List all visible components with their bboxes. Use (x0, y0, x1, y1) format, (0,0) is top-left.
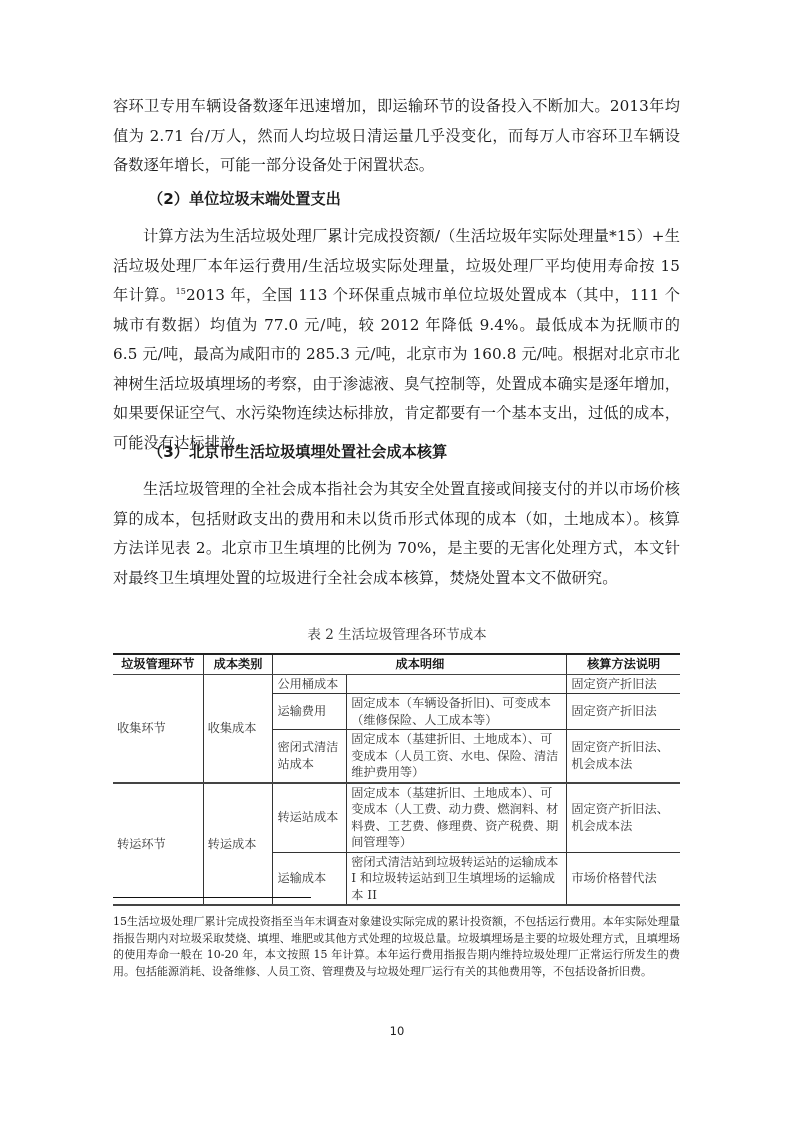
cell-method: 固定资产折旧法、机会成本法 (567, 730, 680, 783)
cell-detail: 固定成本（车辆设备折旧)、可变成本（维修保险、人工成本等） (347, 694, 567, 730)
paragraph-disposal-cost-part2: 2013 年，全国 113 个环保重点城市单位垃圾处置成本（其中，111 个城市… (113, 286, 680, 452)
cell-item: 密闭式清洁站成本 (273, 730, 347, 783)
cell-item: 转运站成本 (273, 783, 347, 853)
cell-category: 转运成本 (203, 783, 273, 906)
cell-stage: 收集环节 (113, 674, 203, 783)
footnote-15: 15生活垃圾处理厂累计完成投资指至当年末调查对象建设实际完成的累计投资额，不包括… (113, 914, 680, 980)
footnote-ref-15[interactable]: 15 (176, 287, 186, 296)
cell-method: 固定资产折旧法 (567, 674, 680, 694)
page-number: 10 (0, 1024, 794, 1038)
cell-detail (347, 674, 567, 694)
header-category: 成本类别 (203, 654, 273, 674)
cell-method: 市场价格替代法 (567, 852, 680, 905)
table-header-row: 垃圾管理环节 成本类别 成本明细 核算方法说明 (113, 654, 680, 674)
header-method: 核算方法说明 (567, 654, 680, 674)
paragraph-disposal-cost: 计算方法为生活垃圾处理厂累计完成投资额/（生活垃圾年实际处理量*15）+生活垃圾… (113, 222, 680, 458)
cell-method: 固定资产折旧法、机会成本法 (567, 783, 680, 853)
section-heading-social-cost: （3）北京市生活垃圾填埋处置社会成本核算 (148, 441, 447, 462)
table-caption: 表 2 生活垃圾管理各环节成本 (0, 623, 794, 643)
document-page: 容环卫专用车辆设备数逐年迅速增加，即运输环节的设备投入不断加大。2013年均值为… (0, 0, 794, 1123)
section-heading-disposal-cost: （2）单位垃圾末端处置支出 (148, 188, 341, 209)
cell-detail: 固定成本（基建折旧、土地成本）、可变成本（人工费、动力费、燃润料、材料费、工艺费… (347, 783, 567, 853)
header-stage: 垃圾管理环节 (113, 654, 203, 674)
table-row: 收集环节 收集成本 公用桶成本 固定资产折旧法 (113, 674, 680, 694)
cell-item: 运输费用 (273, 694, 347, 730)
paragraph-vehicle-equipment: 容环卫专用车辆设备数逐年迅速增加，即运输环节的设备投入不断加大。2013年均值为… (113, 92, 680, 181)
cell-item: 公用桶成本 (273, 674, 347, 694)
cell-category: 收集成本 (203, 674, 273, 783)
cell-method: 固定资产折旧法 (567, 694, 680, 730)
footnote-separator (113, 897, 311, 898)
cost-table: 垃圾管理环节 成本类别 成本明细 核算方法说明 收集环节 收集成本 公用桶成本 … (113, 653, 680, 906)
header-detail: 成本明细 (273, 654, 567, 674)
cell-stage: 转运环节 (113, 783, 203, 906)
paragraph-social-cost: 生活垃圾管理的全社会成本指社会为其安全处置直接或间接支付的并以市场价核算的成本，… (113, 475, 680, 593)
table-row: 转运环节 转运成本 转运站成本 固定成本（基建折旧、土地成本）、可变成本（人工费… (113, 783, 680, 853)
cell-detail: 密闭式清洁站到垃圾转运站的运输成本 I 和垃圾转运站到卫生填埋场的运输成本 II (347, 852, 567, 905)
cell-detail: 固定成本（基建折旧、土地成本）、可变成本（人员工资、水电、保险、清洁维护费用等） (347, 730, 567, 783)
